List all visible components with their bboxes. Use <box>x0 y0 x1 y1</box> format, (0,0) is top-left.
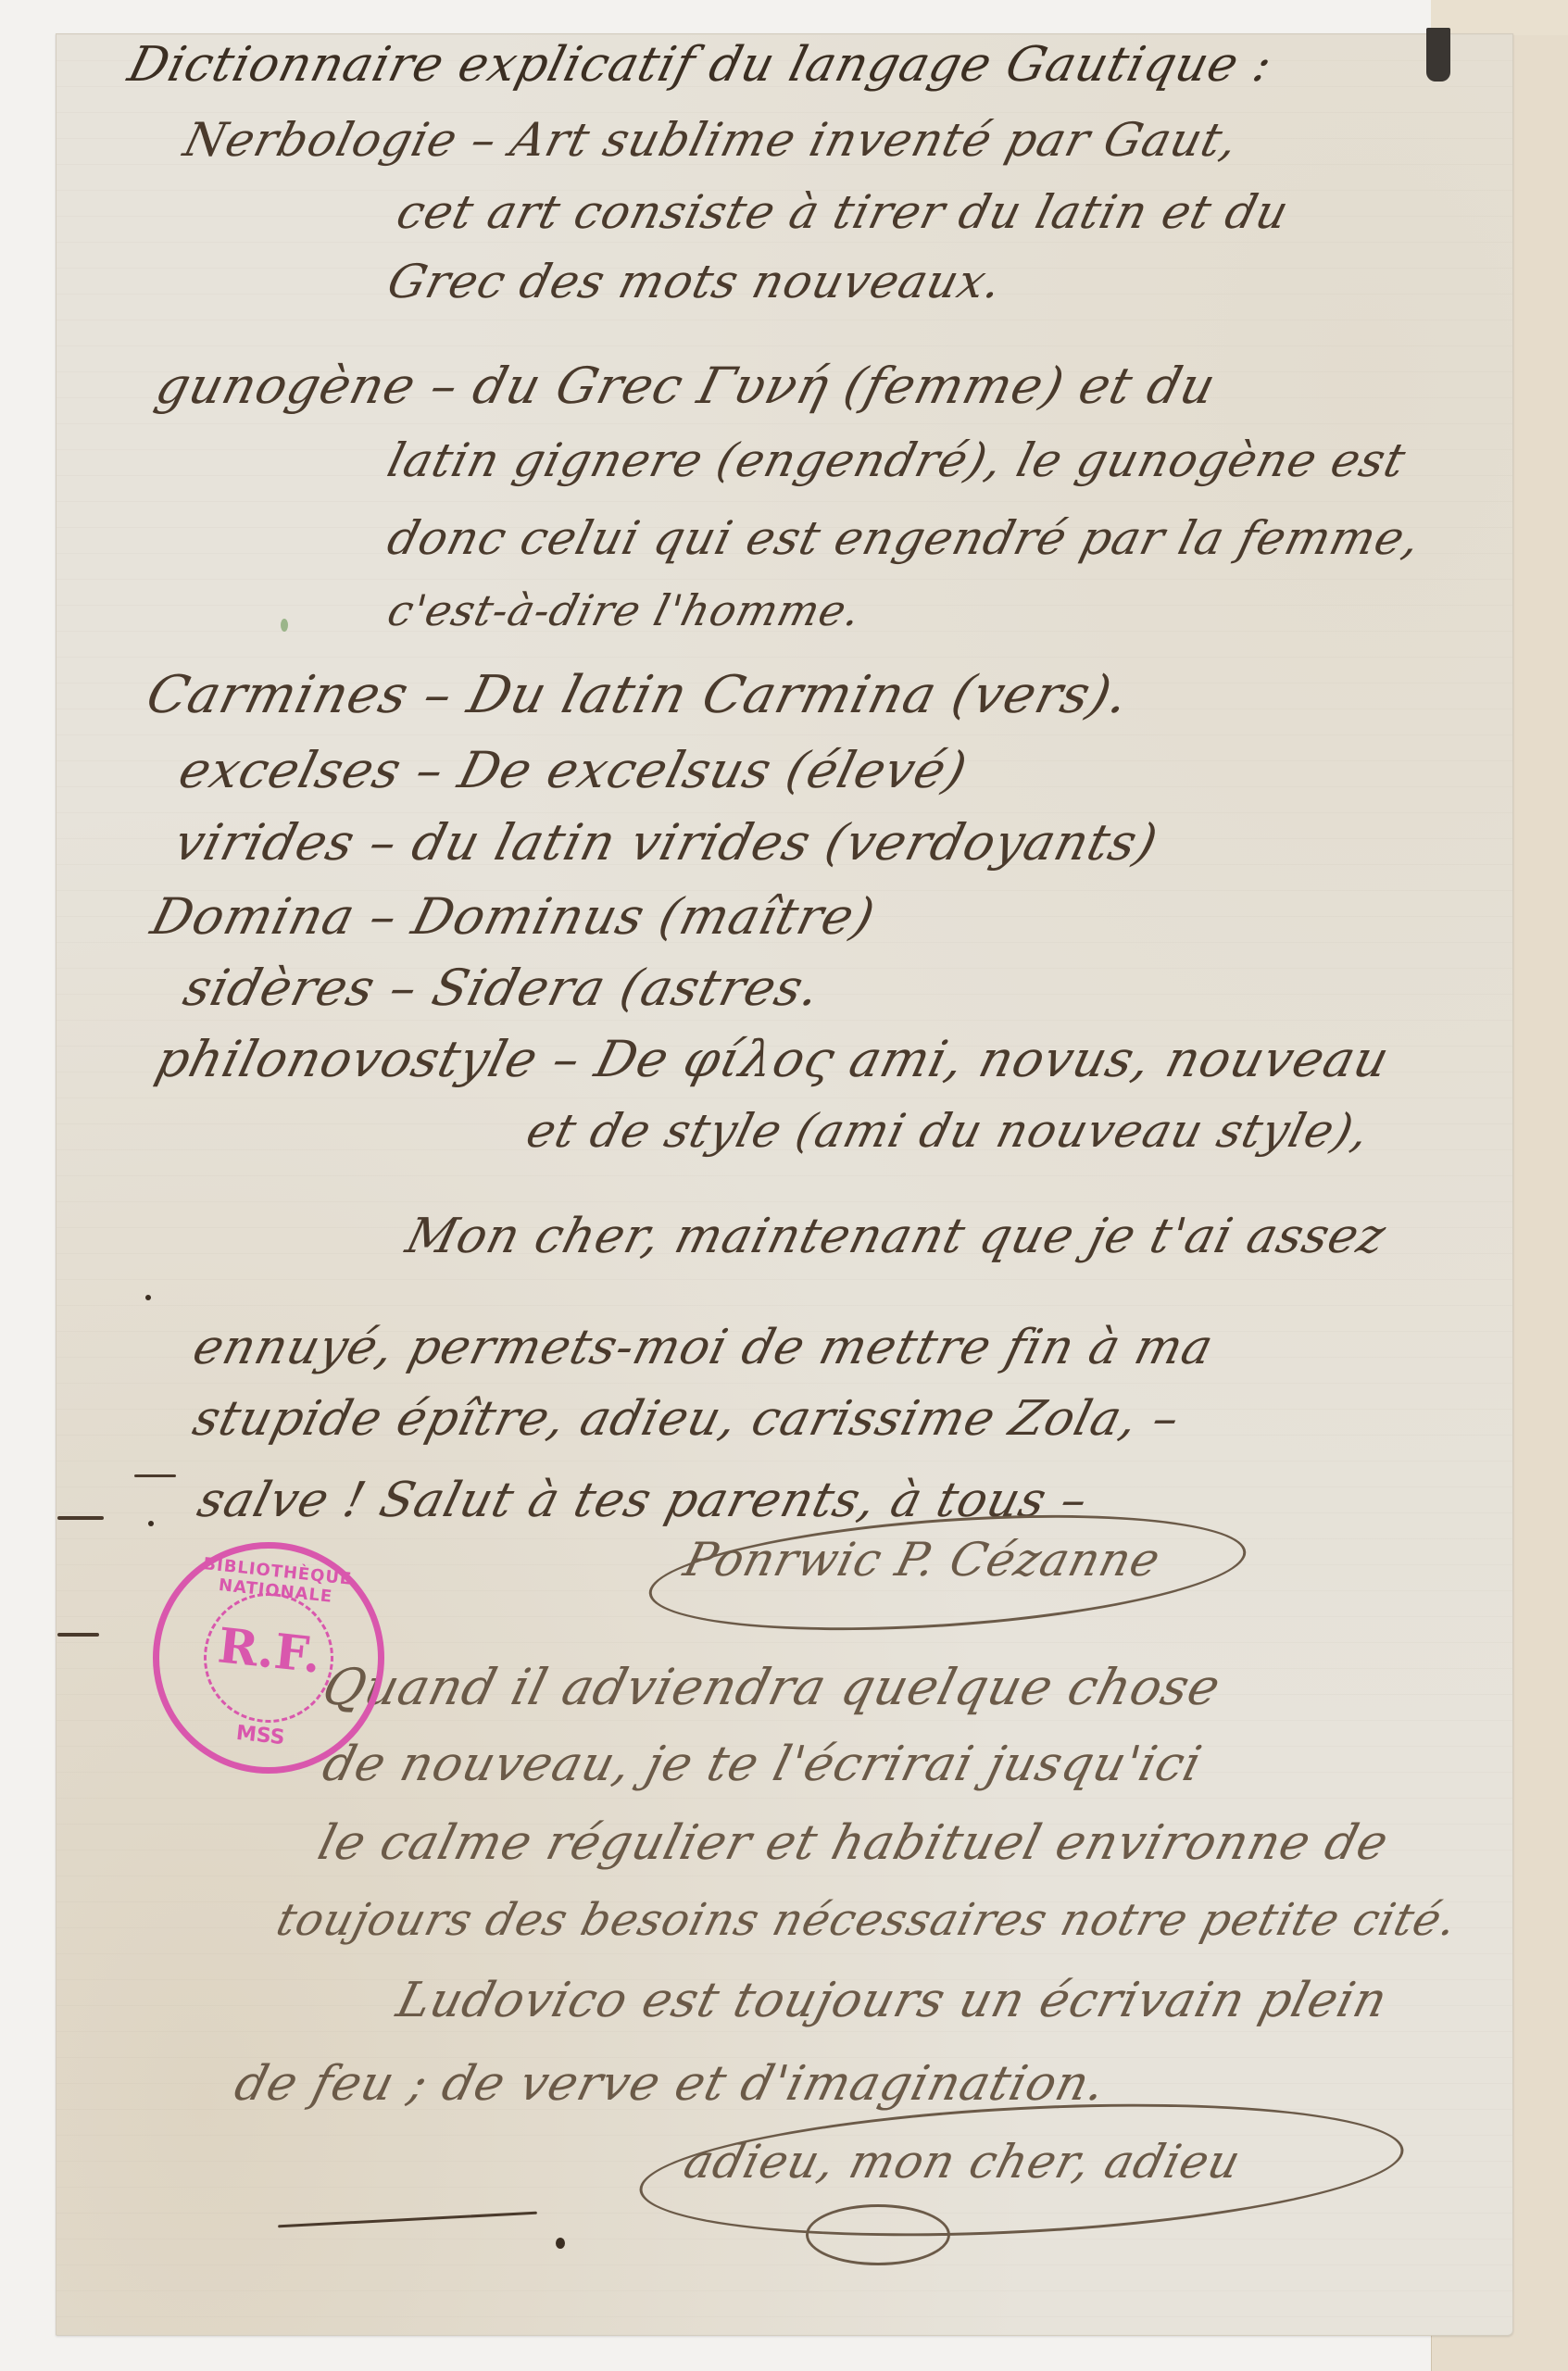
letter-line-2: ennuyé, permets-moi de mettre fin à ma <box>188 1320 1220 1375</box>
postscript-line-6: de feu ; de verve et d'imagination. <box>230 2056 1112 2112</box>
glossary-entry-gunogene: gunogène – du Grec Γυνή (femme) et du <box>150 357 1222 415</box>
glossary-entry-nerbologie-cont2: Grec des mots nouveaux. <box>383 255 1009 308</box>
ink-dot <box>556 2238 565 2249</box>
glossary-entry-gunogene-cont2: donc celui qui est engendré par la femme… <box>383 511 1426 565</box>
glossary-entry-domina: Domina – Dominus (maître) <box>145 887 881 946</box>
ink-dot <box>148 1521 154 1526</box>
margin-dash <box>134 1474 176 1477</box>
glossary-entry-gunogene-cont3: c'est-à-dire l'homme. <box>383 585 866 635</box>
glossary-entry-sideres: sidères – Sidera (astres. <box>178 959 826 1017</box>
tab-marker <box>1426 28 1450 82</box>
letter-line-3: stupide épître, adieu, carissime Zola, – <box>188 1391 1185 1447</box>
postscript-line-4: toujours des besoins nécessaires notre p… <box>271 1894 1462 1946</box>
postscript-line-1: Quand il adviendra quelque chose <box>317 1658 1226 1716</box>
margin-dash <box>57 1633 99 1637</box>
glossary-entry-philonovostyle: philonovostyle – De φίλος ami, novus, no… <box>150 1030 1396 1088</box>
ink-dot <box>145 1295 151 1300</box>
backing-page-top <box>1431 0 1568 35</box>
glossary-entry-carmines: Carmines – Du latin Carmina (vers). <box>141 665 1135 725</box>
postscript-line-2: de nouveau, je te l'écrirai jusqu'ici <box>318 1737 1208 1792</box>
glossary-entry-gunogene-cont: latin gignere (engendré), le gunogène es… <box>383 433 1411 487</box>
letter-line-1: Mon cher, maintenant que je t'ai assez <box>401 1209 1392 1264</box>
glossary-entry-philonovostyle-cont: et de style (ami du nouveau style), <box>521 1104 1375 1158</box>
margin-dash <box>57 1516 104 1520</box>
glossary-entry-excelses: excelses – De excelsus (élevé) <box>173 741 973 799</box>
postscript-line-5: Ludovico est toujours un écrivain plein <box>392 1973 1394 2028</box>
glossary-entry-nerbologie: Nerbologie – Art sublime inventé par Gau… <box>179 113 1244 167</box>
stamp-center-text: R.F. <box>157 1612 381 1690</box>
closing-loop <box>806 2204 950 2265</box>
postscript-line-3: le calme régulier et habituel environne … <box>313 1815 1395 1871</box>
green-mark <box>281 619 288 632</box>
glossary-entry-virides: virides – du latin virides (verdoyants) <box>169 813 1164 872</box>
glossary-entry-nerbologie-cont: cet art consiste à tirer du latin et du <box>392 185 1295 239</box>
document-title: Dictionnaire explicatif du langage Gauti… <box>123 37 1279 93</box>
